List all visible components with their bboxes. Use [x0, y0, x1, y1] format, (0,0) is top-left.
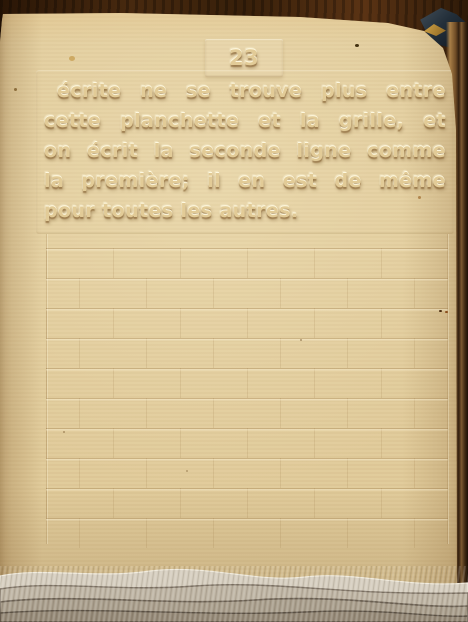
embossed-guide-grid [46, 248, 448, 548]
photo-of-embossed-book-page: 23 écritenesetrouveplusentrecetteplanche… [0, 0, 468, 622]
ribbed-fabric-edge [0, 562, 468, 622]
embossed-word: première; [81, 170, 190, 192]
embossed-word: grille, [339, 110, 404, 132]
embossed-word: et [423, 110, 446, 132]
embossed-word: cette [44, 110, 101, 132]
foxing-spot [69, 56, 75, 61]
guide-row [46, 458, 448, 488]
embossed-text-line: écritenesetrouveplusentre [44, 76, 446, 106]
foxing-spot [418, 196, 421, 199]
foxing-spot [439, 310, 442, 312]
embossed-word: de [334, 170, 361, 192]
embossed-word: se [186, 80, 211, 102]
embossed-word: ligne [296, 140, 351, 162]
guide-row [46, 398, 448, 428]
embossed-text-line: onécritlasecondelignecomme [44, 136, 446, 166]
embossed-word: la [154, 140, 174, 162]
embossed-text-segment: pour toutes les autres. [44, 200, 298, 222]
embossed-word: trouve [230, 80, 303, 102]
book-page: 23 écritenesetrouveplusentrecetteplanche… [0, 0, 468, 622]
embossed-word: et [258, 110, 281, 132]
embossed-word: la [300, 110, 320, 132]
guide-row [46, 488, 448, 518]
embossed-word: planchette [120, 110, 239, 132]
page-number: 23 [229, 46, 259, 70]
embossed-word: on [44, 140, 71, 162]
embossed-word: écrit [87, 140, 138, 162]
guide-row [46, 278, 448, 308]
embossed-text-line: cetteplanchetteetlagrille,et [44, 106, 446, 136]
embossed-word: il [207, 170, 221, 192]
foxing-spot [186, 470, 188, 472]
embossed-text-line: lapremière;ilenestdemême [44, 166, 446, 196]
foxing-spot [300, 339, 302, 341]
embossed-word: ne [140, 80, 167, 102]
embossed-text-line: pour toutes les autres. [44, 196, 446, 226]
embossed-word: plus [321, 80, 368, 102]
embossed-word: la [44, 170, 64, 192]
foxing-spot [14, 88, 17, 91]
foxing-spot [445, 311, 448, 313]
foxing-spot [355, 44, 359, 47]
embossed-word: même [379, 170, 446, 192]
embossed-word: comme [367, 140, 446, 162]
embossed-word: entre [386, 80, 446, 102]
guide-row [46, 428, 448, 458]
guide-row [46, 338, 448, 368]
embossed-word: seconde [190, 140, 281, 162]
foxing-spot [63, 431, 65, 433]
embossed-word: est [283, 170, 317, 192]
embossed-word: écrite [57, 80, 121, 102]
guide-row [46, 518, 448, 548]
embossed-text: écritenesetrouveplusentrecetteplanchette… [44, 76, 446, 226]
guide-row [46, 368, 448, 398]
guide-row [46, 308, 448, 338]
embossed-word: en [238, 170, 265, 192]
guide-row [46, 248, 448, 278]
